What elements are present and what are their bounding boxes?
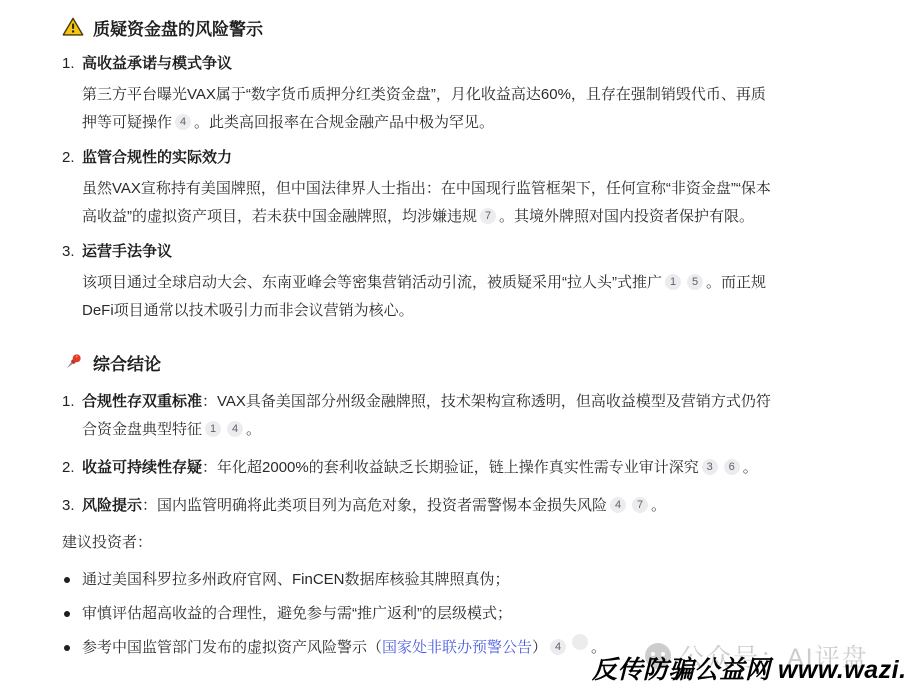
list-item: 2. 监管合规性的实际效力 虽然VAX宣称持有美国牌照，但中国法律界人士指出：在… xyxy=(62,147,907,231)
risk-section-header: 质疑资金盘的风险警示 xyxy=(62,14,907,40)
citation-badge[interactable] xyxy=(572,634,588,650)
bullet-item: 通过美国科罗拉多州政府官网、FinCEN数据库核验其牌照真伪； xyxy=(62,566,907,594)
risk-list: 1. 高收益承诺与模式争议 第三方平台曝光VAX属于“数字货币质押分红类资金盘”… xyxy=(62,53,907,325)
list-number: 1. xyxy=(62,388,82,444)
text-run: ：国内监管明确将此类项目列为高危对象，投资者需警惕本金损失风险 xyxy=(142,497,607,514)
bullet-icon xyxy=(62,634,82,662)
item-lead: 风险提示 xyxy=(82,497,142,514)
item-lead: 合规性存双重标准 xyxy=(82,393,202,410)
list-item: 1. 合规性存双重标准：VAX具备美国部分州级金融牌照，技术架构宣称透明，但高收… xyxy=(62,388,907,444)
list-number: 2. xyxy=(62,147,82,231)
text-run: 。 xyxy=(743,459,758,476)
list-number: 1. xyxy=(62,53,82,137)
text-run: 该项目通过全球启动大会、东南亚峰会等密集营销活动引流，被质疑采用“拉人头”式推广 xyxy=(82,274,662,291)
item-body: 收益可持续性存疑：年化超2000%的套利收益缺乏长期验证，链上操作真实性需专业审… xyxy=(82,454,774,482)
item-body: 第三方平台曝光VAX属于“数字货币质押分红类资金盘”，月化收益高达60%，且存在… xyxy=(82,81,774,137)
pushpin-icon xyxy=(62,351,84,373)
text-run: 。 xyxy=(651,497,666,514)
citation-badge[interactable]: 6 xyxy=(724,459,740,475)
list-item: 1. 高收益承诺与模式争议 第三方平台曝光VAX属于“数字货币质押分红类资金盘”… xyxy=(62,53,907,137)
item-title: 高收益承诺与模式争议 xyxy=(82,53,774,75)
risk-section-title: 质疑资金盘的风险警示 xyxy=(93,15,263,40)
citation-badge[interactable]: 7 xyxy=(480,208,496,224)
item-text: ：国内监管明确将此类项目列为高危对象，投资者需警惕本金损失风险47。 xyxy=(142,497,666,514)
text-run: 审慎评估超高收益的合理性，避免参与需“推广返利”的层级模式； xyxy=(82,605,512,622)
list-item: 3. 风险提示：国内监管明确将此类项目列为高危对象，投资者需警惕本金损失风险47… xyxy=(62,492,907,520)
bullet-icon xyxy=(62,566,82,594)
citation-badge[interactable]: 4 xyxy=(227,421,243,437)
list-item: 3. 运营手法争议 该项目通过全球启动大会、东南亚峰会等密集营销活动引流，被质疑… xyxy=(62,241,907,325)
item-body: 虽然VAX宣称持有美国牌照，但中国法律界人士指出：在中国现行监管框架下，任何宣称… xyxy=(82,175,774,231)
list-number: 3. xyxy=(62,241,82,325)
text-run: 。 xyxy=(246,421,261,438)
inline-link[interactable]: 国家处非联办预警公告 xyxy=(382,639,532,656)
citation-badge[interactable]: 4 xyxy=(610,497,626,513)
advice-intro: 建议投资者： xyxy=(62,532,907,554)
warning-triangle-icon xyxy=(62,16,84,38)
text-run: ） xyxy=(532,639,547,656)
site-watermark: 反传防骗公益网 www.wazi.cc xyxy=(592,650,907,686)
citation-badge[interactable]: 3 xyxy=(702,459,718,475)
text-run: 。其境外牌照对国内投资者保护有限。 xyxy=(499,208,754,225)
bullet-icon xyxy=(62,600,82,628)
item-body: 风险提示：国内监管明确将此类项目列为高危对象，投资者需警惕本金损失风险47。 xyxy=(82,492,774,520)
text-run: 。此类高回报率在合规金融产品中极为罕见。 xyxy=(194,114,494,131)
conclusion-list: 1. 合规性存双重标准：VAX具备美国部分州级金融牌照，技术架构宣称透明，但高收… xyxy=(62,388,907,520)
citation-badge[interactable]: 1 xyxy=(665,274,681,290)
text-run: ：年化超2000%的套利收益缺乏长期验证，链上操作真实性需专业审计深究 xyxy=(202,459,699,476)
bullet-item: 审慎评估超高收益的合理性，避免参与需“推广返利”的层级模式； xyxy=(62,600,907,628)
article-page: 质疑资金盘的风险警示 1. 高收益承诺与模式争议 第三方平台曝光VAX属于“数字… xyxy=(0,0,907,696)
item-title: 运营手法争议 xyxy=(82,241,774,263)
citation-badge[interactable]: 4 xyxy=(175,114,191,130)
item-text: ：年化超2000%的套利收益缺乏长期验证，链上操作真实性需专业审计深究36。 xyxy=(202,459,758,476)
citation-badge[interactable]: 1 xyxy=(205,421,221,437)
item-title: 监管合规性的实际效力 xyxy=(82,147,774,169)
citation-badge[interactable]: 4 xyxy=(550,639,566,655)
conclusion-section-header: 综合结论 xyxy=(62,349,907,375)
bullet-text: 通过美国科罗拉多州政府官网、FinCEN数据库核验其牌照真伪； xyxy=(82,566,774,594)
text-run: 通过美国科罗拉多州政府官网、FinCEN数据库核验其牌照真伪； xyxy=(82,571,510,588)
list-item: 2. 收益可持续性存疑：年化超2000%的套利收益缺乏长期验证，链上操作真实性需… xyxy=(62,454,907,482)
citation-badge[interactable]: 5 xyxy=(687,274,703,290)
conclusion-section-title: 综合结论 xyxy=(93,350,161,375)
list-number: 3. xyxy=(62,492,82,520)
bullet-text: 审慎评估超高收益的合理性，避免参与需“推广返利”的层级模式； xyxy=(82,600,774,628)
citation-badge[interactable]: 7 xyxy=(632,497,648,513)
item-lead: 收益可持续性存疑 xyxy=(82,459,202,476)
text-run: 参考中国监管部门发布的虚拟资产风险警示（ xyxy=(82,639,382,656)
item-body: 合规性存双重标准：VAX具备美国部分州级金融牌照，技术架构宣称透明，但高收益模型… xyxy=(82,388,774,444)
list-number: 2. xyxy=(62,454,82,482)
item-body: 该项目通过全球启动大会、东南亚峰会等密集营销活动引流，被质疑采用“拉人头”式推广… xyxy=(82,269,774,325)
